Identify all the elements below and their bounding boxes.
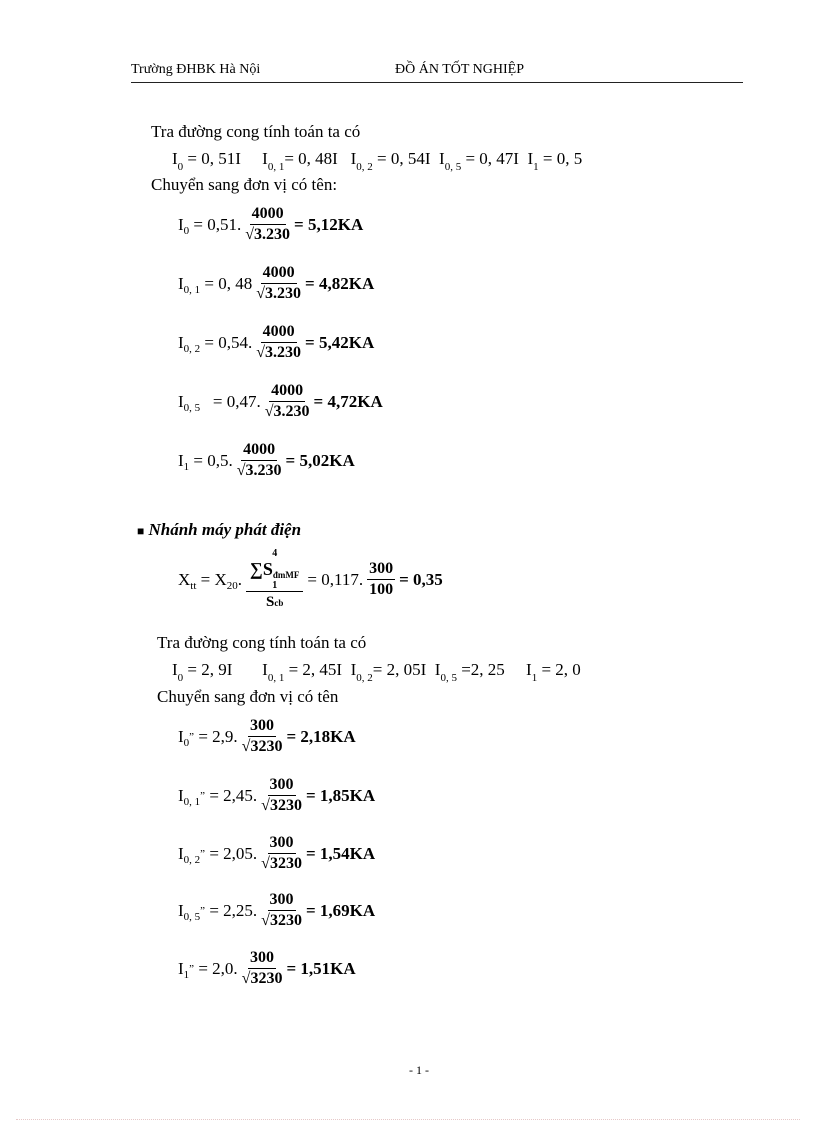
value-item: I1 = 0, 5 <box>527 149 582 168</box>
value-item: I1 = 2, 0 <box>526 660 581 679</box>
section2-heading: ■ Nhánh máy phát điện <box>137 520 301 540</box>
fraction: 300100 <box>367 560 395 599</box>
page-header: Trường ĐHBK Hà Nội ĐỒ ÁN TỐT NGHIỆP <box>131 60 743 83</box>
section2-convert: Chuyển sang đơn vị có tên <box>157 687 338 707</box>
fraction: 300√3230 <box>261 891 302 930</box>
value-item: I0, 5 = 0, 47I <box>439 149 519 168</box>
section2-values-row: I0 = 2, 9I I0, 1 = 2, 45I I0, 2= 2, 05I … <box>172 660 581 680</box>
page-number: - 1 - <box>409 1063 429 1078</box>
equation: I1” = 2,0. 300√3230 = 1,51KA <box>178 949 356 988</box>
section1-intro: Tra đường cong tính toán ta có <box>151 122 360 142</box>
value-item: I0, 1 = 2, 45I <box>262 660 342 679</box>
fraction: 300√3230 <box>261 834 302 873</box>
page-boundary <box>16 1119 800 1120</box>
value-item: I0 = 2, 9I <box>172 660 232 679</box>
fraction: 4000√3.230 <box>256 323 301 362</box>
equation: I0, 5 = 0,47. 4000√3.230 = 4,72KA <box>178 382 383 421</box>
fraction: 4000√3.230 <box>256 264 301 303</box>
fraction: 300√3230 <box>242 717 283 756</box>
header-title: ĐỒ ÁN TỐT NGHIỆP <box>395 62 524 78</box>
fraction: 4000√3.230 <box>245 205 290 244</box>
equation: I1 = 0,5. 4000√3.230 = 5,02KA <box>178 441 355 480</box>
equation: I0, 1” = 2,45. 300√3230 = 1,85KA <box>178 776 375 815</box>
equation: I0” = 2,9. 300√3230 = 2,18KA <box>178 717 356 756</box>
section1-values-row: I0 = 0, 51I I0, 1= 0, 48I I0, 2 = 0, 54I… <box>172 149 582 169</box>
fraction: 300√3230 <box>242 949 283 988</box>
equation: I0, 2” = 2,05. 300√3230 = 1,54KA <box>178 834 375 873</box>
equation: I0, 2 = 0,54. 4000√3.230 = 5,42KA <box>178 323 374 362</box>
value-item: I0, 5 =2, 25 <box>435 660 505 679</box>
xtt-equation: Xtt = X20. 4 ∑SđmMF 1 Scb = 0,117. 30010… <box>178 548 443 611</box>
sum-fraction: 4 ∑SđmMF 1 Scb <box>246 548 303 611</box>
equation: I0, 5” = 2,25. 300√3230 = 1,69KA <box>178 891 375 930</box>
value-item: I0, 1= 0, 48I <box>262 149 338 168</box>
section2-intro: Tra đường cong tính toán ta có <box>157 633 366 653</box>
fraction: 300√3230 <box>261 776 302 815</box>
section1-convert: Chuyển sang đơn vị có tên: <box>151 175 337 195</box>
equation: I0 = 0,51. 4000√3.230 = 5,12KA <box>178 205 363 244</box>
value-item: I0, 2= 2, 05I <box>351 660 427 679</box>
fraction: 4000√3.230 <box>265 382 310 421</box>
bullet-icon: ■ <box>137 524 144 538</box>
value-item: I0 = 0, 51I <box>172 149 241 168</box>
fraction: 4000√3.230 <box>237 441 282 480</box>
header-school: Trường ĐHBK Hà Nội <box>131 62 260 78</box>
value-item: I0, 2 = 0, 54I <box>351 149 431 168</box>
equation: I0, 1 = 0, 48 4000√3.230 = 4,82KA <box>178 264 374 303</box>
